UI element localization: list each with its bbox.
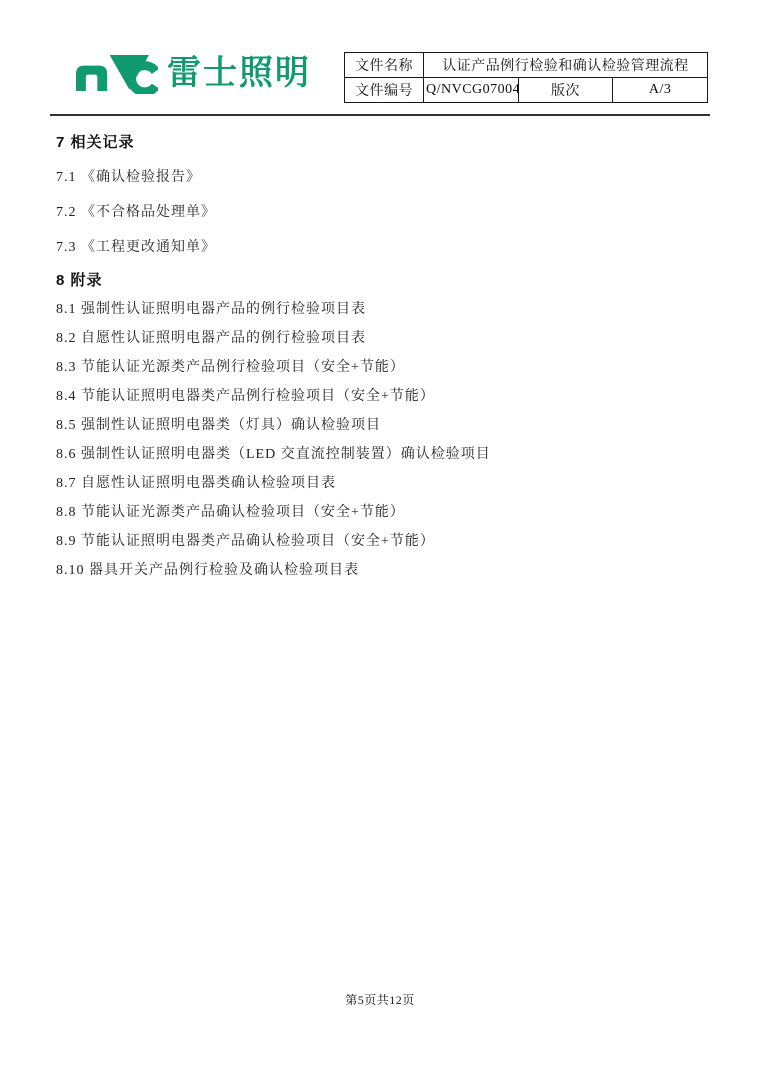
list-item: 8.8 节能认证光源类产品确认检验项目（安全+节能） — [56, 503, 720, 523]
document-info-table: 文件名称 认证产品例行检验和确认检验管理流程 文件编号 Q/NVCG070042… — [344, 52, 708, 103]
company-logo: 雷士照明 — [76, 52, 311, 94]
revision-value: A/3 — [613, 78, 708, 103]
list-item: 8.2 自愿性认证照明电器产品的例行检验项目表 — [56, 329, 720, 349]
list-item: 8.3 节能认证光源类产品例行检验项目（安全+节能） — [56, 358, 720, 378]
header-divider — [50, 114, 710, 116]
list-item: 7.2 《不合格品处理单》 — [56, 203, 720, 223]
revision-label: 版次 — [518, 78, 613, 103]
list-item: 8.9 节能认证照明电器类产品确认检验项目（安全+节能） — [56, 532, 720, 552]
doc-name-label: 文件名称 — [345, 53, 424, 78]
list-item: 8.5 强制性认证照明电器类（灯具）确认检验项目 — [56, 416, 720, 436]
list-item: 7.3 《工程更改通知单》 — [56, 238, 720, 258]
nvc-logo-icon — [76, 52, 158, 94]
list-item: 8.6 强制性认证照明电器类（LED 交直流控制装置）确认检验项目 — [56, 445, 720, 465]
page-number-indicator: 第5页共12页 — [0, 991, 760, 1008]
doc-number-value: Q/NVCG070042-2023 — [424, 78, 519, 103]
doc-name-value: 认证产品例行检验和确认检验管理流程 — [424, 53, 708, 78]
list-item: 8.7 自愿性认证照明电器类确认检验项目表 — [56, 474, 720, 494]
section-heading: 7 相关记录 — [56, 133, 720, 153]
section-appendix: 8 附录 8.1 强制性认证照明电器产品的例行检验项目表 8.2 自愿性认证照明… — [56, 271, 720, 581]
list-item: 8.4 节能认证照明电器类产品例行检验项目（安全+节能） — [56, 387, 720, 407]
table-row: 文件名称 认证产品例行检验和确认检验管理流程 — [345, 53, 708, 78]
doc-number-label: 文件编号 — [345, 78, 424, 103]
list-item: 7.1 《确认检验报告》 — [56, 168, 720, 188]
table-row: 文件编号 Q/NVCG070042-2023 版次 A/3 — [345, 78, 708, 103]
list-item: 8.10 器具开关产品例行检验及确认检验项目表 — [56, 561, 720, 581]
document-body: 7 相关记录 7.1 《确认检验报告》 7.2 《不合格品处理单》 7.3 《工… — [56, 128, 720, 581]
document-page: 雷士照明 文件名称 认证产品例行检验和确认检验管理流程 文件编号 Q/NVCG0… — [0, 0, 760, 1072]
brand-name: 雷士照明 — [167, 56, 311, 90]
section-heading: 8 附录 — [56, 271, 720, 291]
section-related-records: 7 相关记录 7.1 《确认检验报告》 7.2 《不合格品处理单》 7.3 《工… — [56, 133, 720, 258]
list-item: 8.1 强制性认证照明电器产品的例行检验项目表 — [56, 300, 720, 320]
